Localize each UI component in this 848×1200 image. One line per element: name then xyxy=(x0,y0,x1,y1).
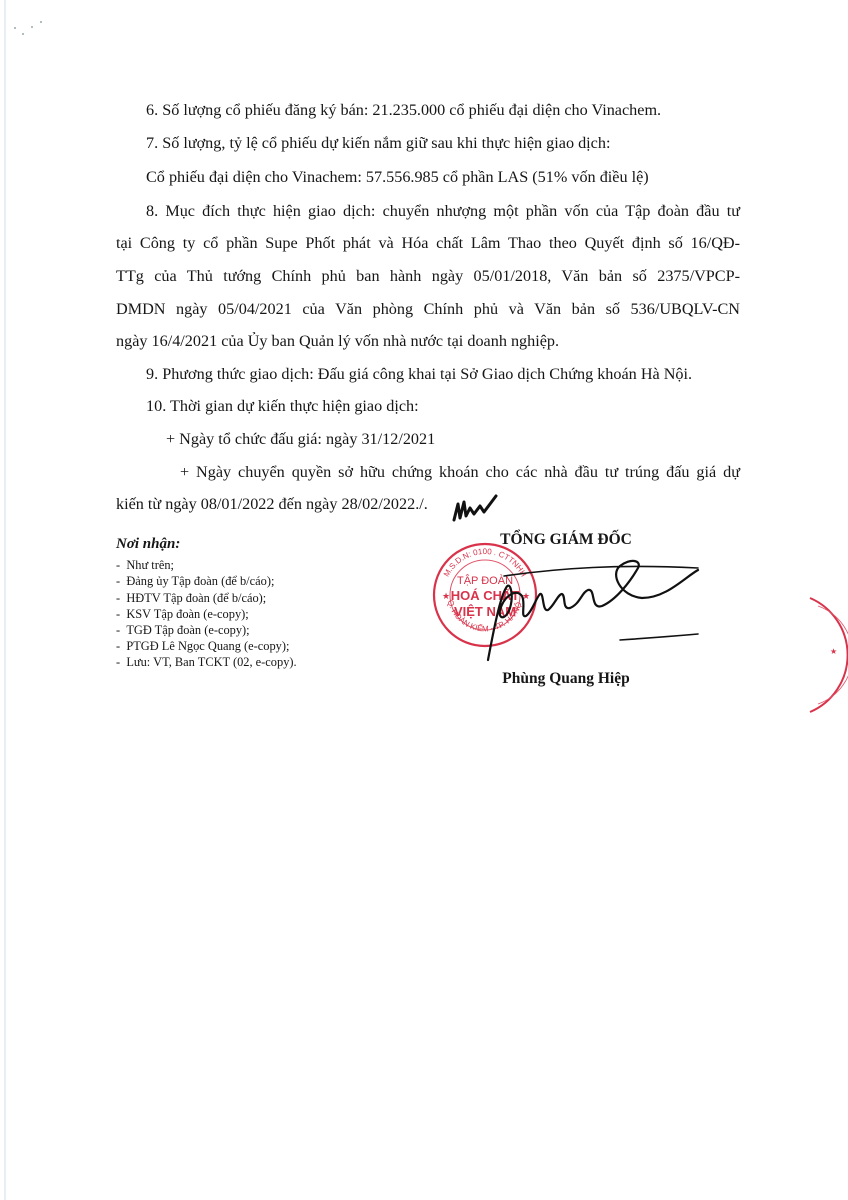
scan-speck xyxy=(40,21,42,23)
scan-edge xyxy=(4,0,6,1200)
item-8-line: ngày 16/4/2021 của Ủy ban Quản lý vốn nh… xyxy=(116,331,740,351)
item-6: 6. Số lượng cổ phiếu đăng ký bán: 21.235… xyxy=(146,100,740,120)
item-8-line: tại Công ty cổ phần Supe Phốt phát và Hó… xyxy=(116,233,740,253)
item-10: 10. Thời gian dự kiến thực hiện giao dịc… xyxy=(146,396,740,416)
initials-mark xyxy=(450,494,500,524)
recipient-item: Như trên; xyxy=(116,557,416,573)
recipient-item: Lưu: VT, Ban TCKT (02, e-copy). xyxy=(116,654,416,670)
svg-text:★: ★ xyxy=(442,591,450,601)
signatory-name: Phùng Quang Hiệp xyxy=(466,670,666,688)
recipients-block: Nơi nhận: Như trên; Đảng ủy Tập đoàn (để… xyxy=(116,536,416,671)
signatory-title: TỔNG GIÁM ĐỐC xyxy=(466,531,666,549)
recipients-list: Như trên; Đảng ủy Tập đoàn (để b/cáo); H… xyxy=(116,557,416,670)
item-8-line: DMDN ngày 05/04/2021 của Văn phòng Chính… xyxy=(116,299,740,319)
recipient-item: KSV Tập đoàn (e-copy); xyxy=(116,606,416,622)
scan-speck xyxy=(14,27,16,29)
item-8-line: TTg của Thủ tướng Chính phủ ban hành ngà… xyxy=(116,266,740,286)
partial-page-stamp: ★ xyxy=(800,590,848,720)
document-page: 6. Số lượng cổ phiếu đăng ký bán: 21.235… xyxy=(0,0,848,1200)
item-7: 7. Số lượng, tỷ lệ cổ phiếu dự kiến nắm … xyxy=(146,133,740,153)
recipients-title: Nơi nhận: xyxy=(116,536,416,552)
recipient-item: HĐTV Tập đoàn (để b/cáo); xyxy=(116,590,416,606)
item-7-detail: Cổ phiếu đại diện cho Vinachem: 57.556.9… xyxy=(146,167,740,187)
item-10-auction-date: + Ngày tổ chức đấu giá: ngày 31/12/2021 xyxy=(166,429,740,449)
item-9: 9. Phương thức giao dịch: Đấu giá công k… xyxy=(146,364,740,384)
svg-text:★: ★ xyxy=(830,647,837,656)
item-10-transfer-line: kiến từ ngày 08/01/2022 đến ngày 28/02/2… xyxy=(116,494,740,514)
recipient-item: Đảng ủy Tập đoàn (để b/cáo); xyxy=(116,573,416,589)
scan-speck xyxy=(31,26,33,28)
item-8-line: 8. Mục đích thực hiện giao dịch: chuyển … xyxy=(146,201,740,221)
scan-speck xyxy=(22,33,24,35)
recipient-item: TGĐ Tập đoàn (e-copy); xyxy=(116,622,416,638)
handwritten-signature xyxy=(470,548,700,668)
recipient-item: PTGĐ Lê Ngọc Quang (e-copy); xyxy=(116,638,416,654)
item-10-transfer-line: + Ngày chuyển quyền sở hữu chứng khoán c… xyxy=(180,462,740,482)
